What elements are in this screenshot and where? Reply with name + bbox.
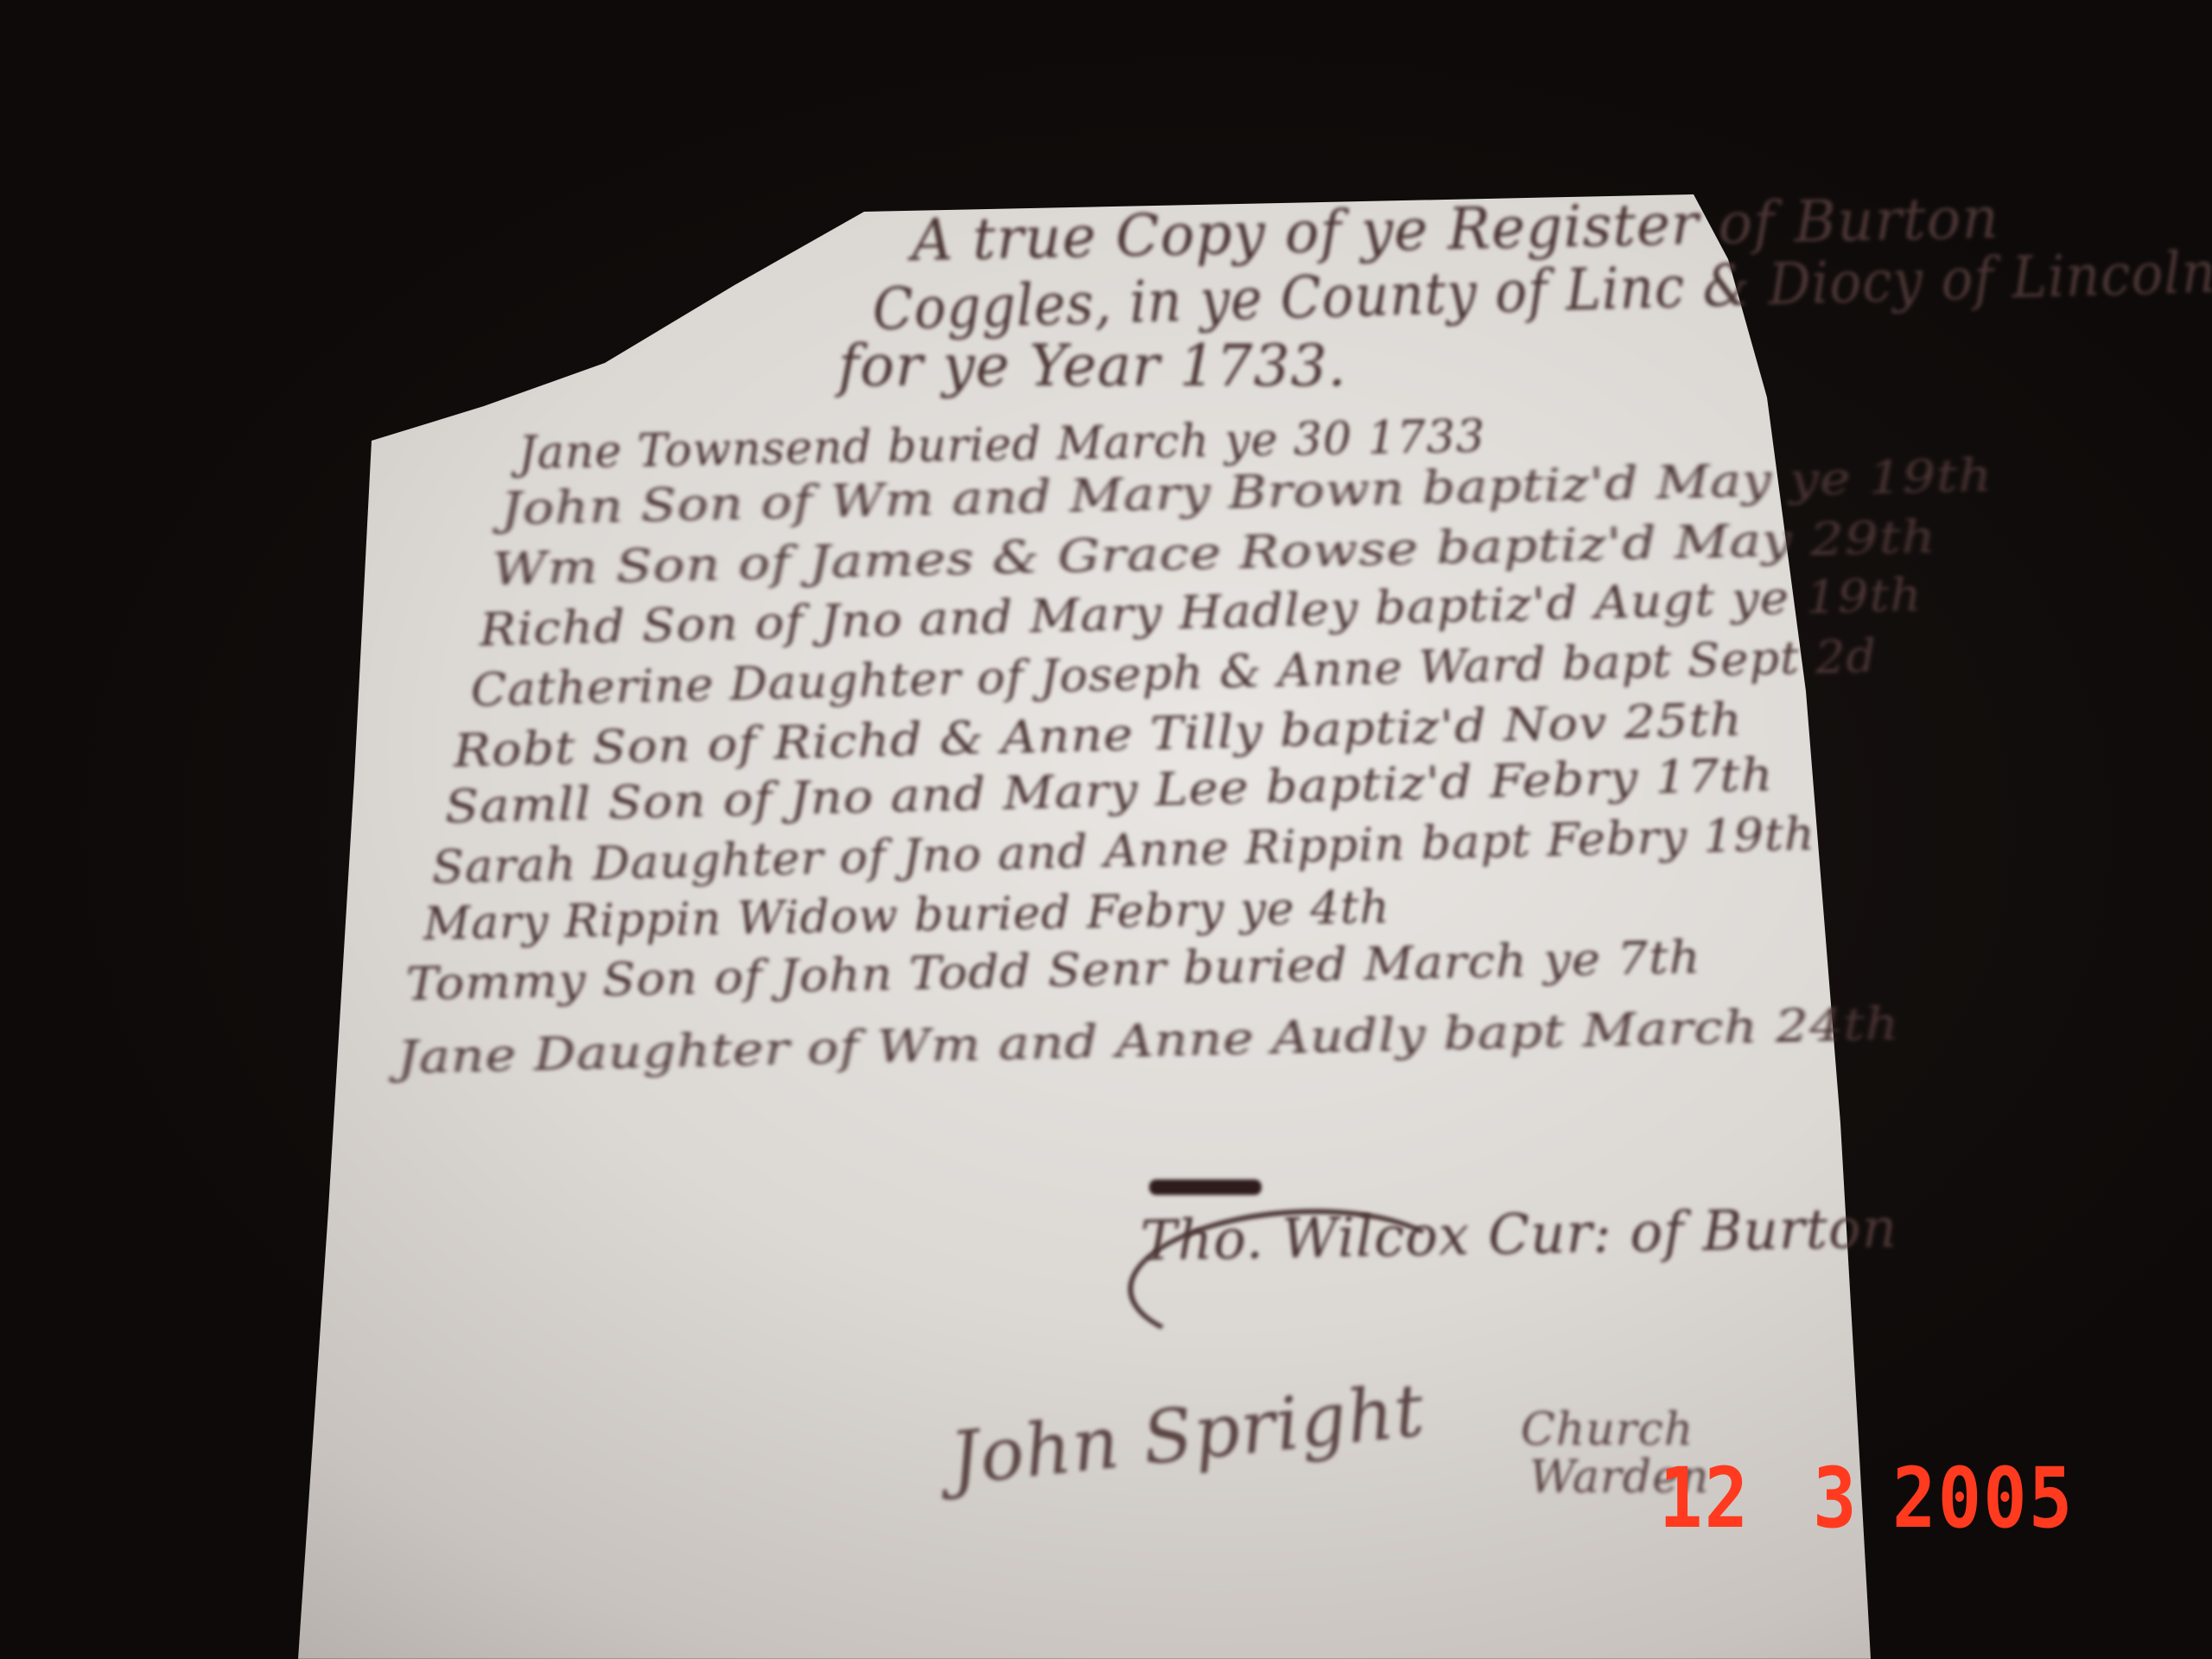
header-line-3: for ye Year 1733. bbox=[838, 333, 1347, 399]
curate-signature: Tho. Wilcox Cur: of Burton bbox=[1140, 1197, 1897, 1274]
date-year: 2005 bbox=[1892, 1450, 2074, 1548]
signature-underline-flourish bbox=[1149, 1179, 1262, 1195]
camera-date-stamp: 12 3 2005 bbox=[1659, 1450, 2108, 1549]
churchwarden-role-1: Church bbox=[1521, 1404, 1694, 1456]
date-day: 12 bbox=[1659, 1450, 1750, 1548]
date-month: 3 bbox=[1813, 1450, 1859, 1548]
